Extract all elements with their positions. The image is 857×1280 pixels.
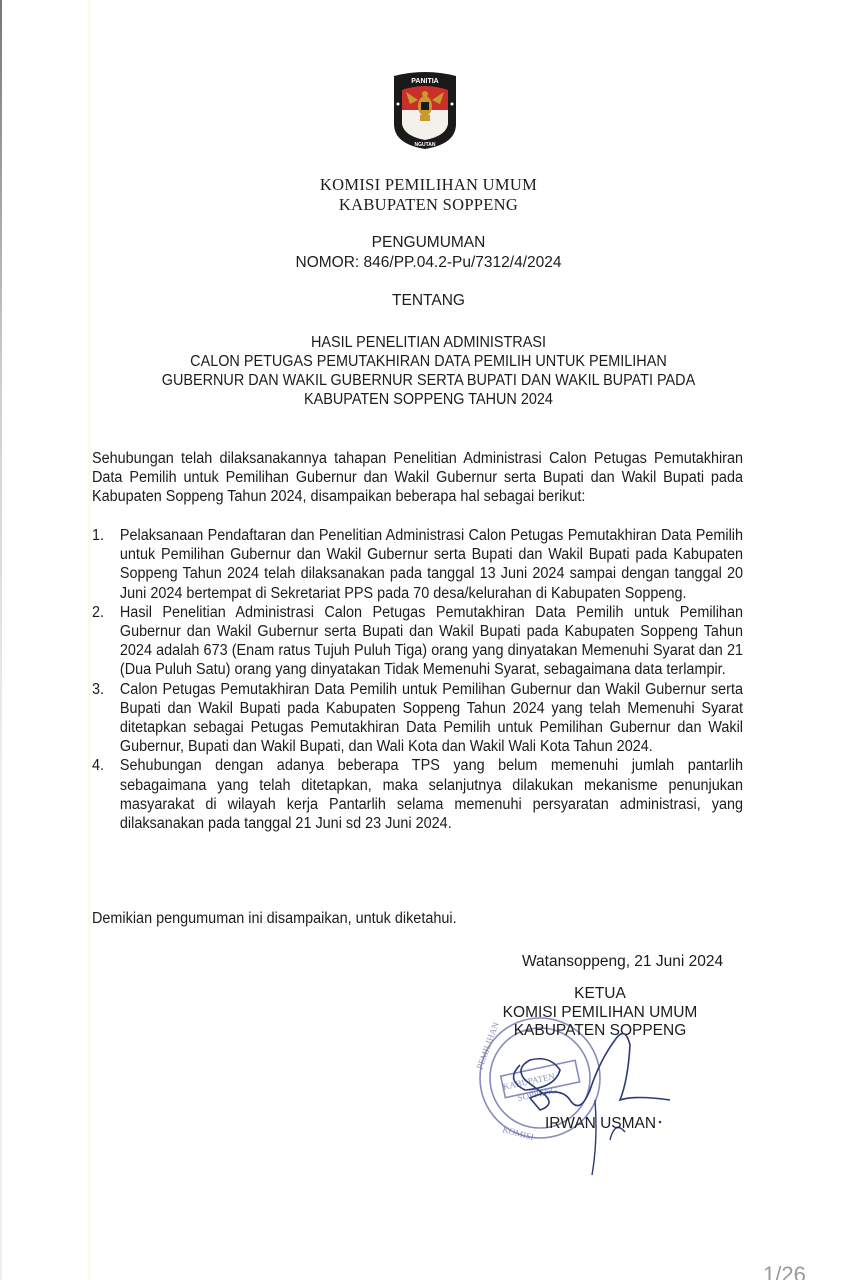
item-text: Calon Petugas Pemutakhiran Data Pemilih … bbox=[120, 681, 743, 756]
subject-title: HASIL PENELITIAN ADMINISTRASI CALON PETU… bbox=[30, 333, 827, 409]
list-item: 3. Calon Petugas Pemutakhiran Data Pemil… bbox=[92, 680, 743, 757]
points-list: 1. Pelaksanaan Pendaftaran dan Penelitia… bbox=[92, 526, 743, 833]
subject-line: KABUPATEN SOPPENG TAHUN 2024 bbox=[30, 390, 827, 409]
about-label: TENTANG bbox=[0, 292, 857, 310]
intro-paragraph: Sehubungan telah dilaksanakannya tahapan… bbox=[92, 449, 743, 507]
handwritten-signature-icon bbox=[500, 1020, 690, 1180]
svg-text:NGUTAN: NGUTAN bbox=[414, 142, 435, 148]
page-indicator: 1/26 bbox=[763, 1262, 806, 1280]
item-text: Pelaksanaan Pendaftaran dan Penelitian A… bbox=[120, 527, 743, 602]
item-number: 3. bbox=[92, 680, 104, 699]
announcement-header: PENGUMUMAN NOMOR: 846/PP.04.2-Pu/7312/4/… bbox=[0, 233, 857, 273]
list-item: 2. Hasil Penelitian Administrasi Calon P… bbox=[92, 603, 743, 680]
list-item: 1. Pelaksanaan Pendaftaran dan Penelitia… bbox=[92, 526, 743, 603]
signatory-title: KETUA bbox=[480, 985, 720, 1004]
doc-type: PENGUMUMAN bbox=[0, 233, 857, 253]
panitia-pemungutan-suara-emblem-icon: PANITIA NGUTAN bbox=[388, 70, 462, 150]
item-number: 4. bbox=[92, 756, 104, 775]
list-item: 4. Sehubungan dengan adanya beberapa TPS… bbox=[92, 756, 743, 833]
subject-line: GUBERNUR DAN WAKIL GUBERNUR SERTA BUPATI… bbox=[30, 371, 827, 390]
subject-line: HASIL PENELITIAN ADMINISTRASI bbox=[30, 333, 827, 352]
item-number: 1. bbox=[92, 526, 104, 545]
item-number: 2. bbox=[92, 603, 104, 622]
org-name-line1: KOMISI PEMILIHAN UMUM bbox=[0, 175, 857, 195]
org-header: KOMISI PEMILIHAN UMUM KABUPATEN SOPPENG bbox=[0, 175, 857, 215]
closing-sentence: Demikian pengumuman ini disampaikan, unt… bbox=[92, 910, 457, 928]
signatory-name: IRWAN USMAN bbox=[545, 1115, 656, 1133]
svg-text:PANITIA: PANITIA bbox=[411, 78, 438, 85]
place-date: Watansoppeng, 21 Juni 2024 bbox=[522, 953, 723, 971]
subject-line: CALON PETUGAS PEMUTAKHIRAN DATA PEMILIH … bbox=[30, 352, 827, 371]
doc-number: NOMOR: 846/PP.04.2-Pu/7312/4/2024 bbox=[0, 253, 857, 273]
item-text: Sehubungan dengan adanya beberapa TPS ya… bbox=[120, 757, 743, 832]
org-name-line2: KABUPATEN SOPPENG bbox=[0, 195, 857, 215]
item-text: Hasil Penelitian Administrasi Calon Petu… bbox=[120, 604, 743, 679]
